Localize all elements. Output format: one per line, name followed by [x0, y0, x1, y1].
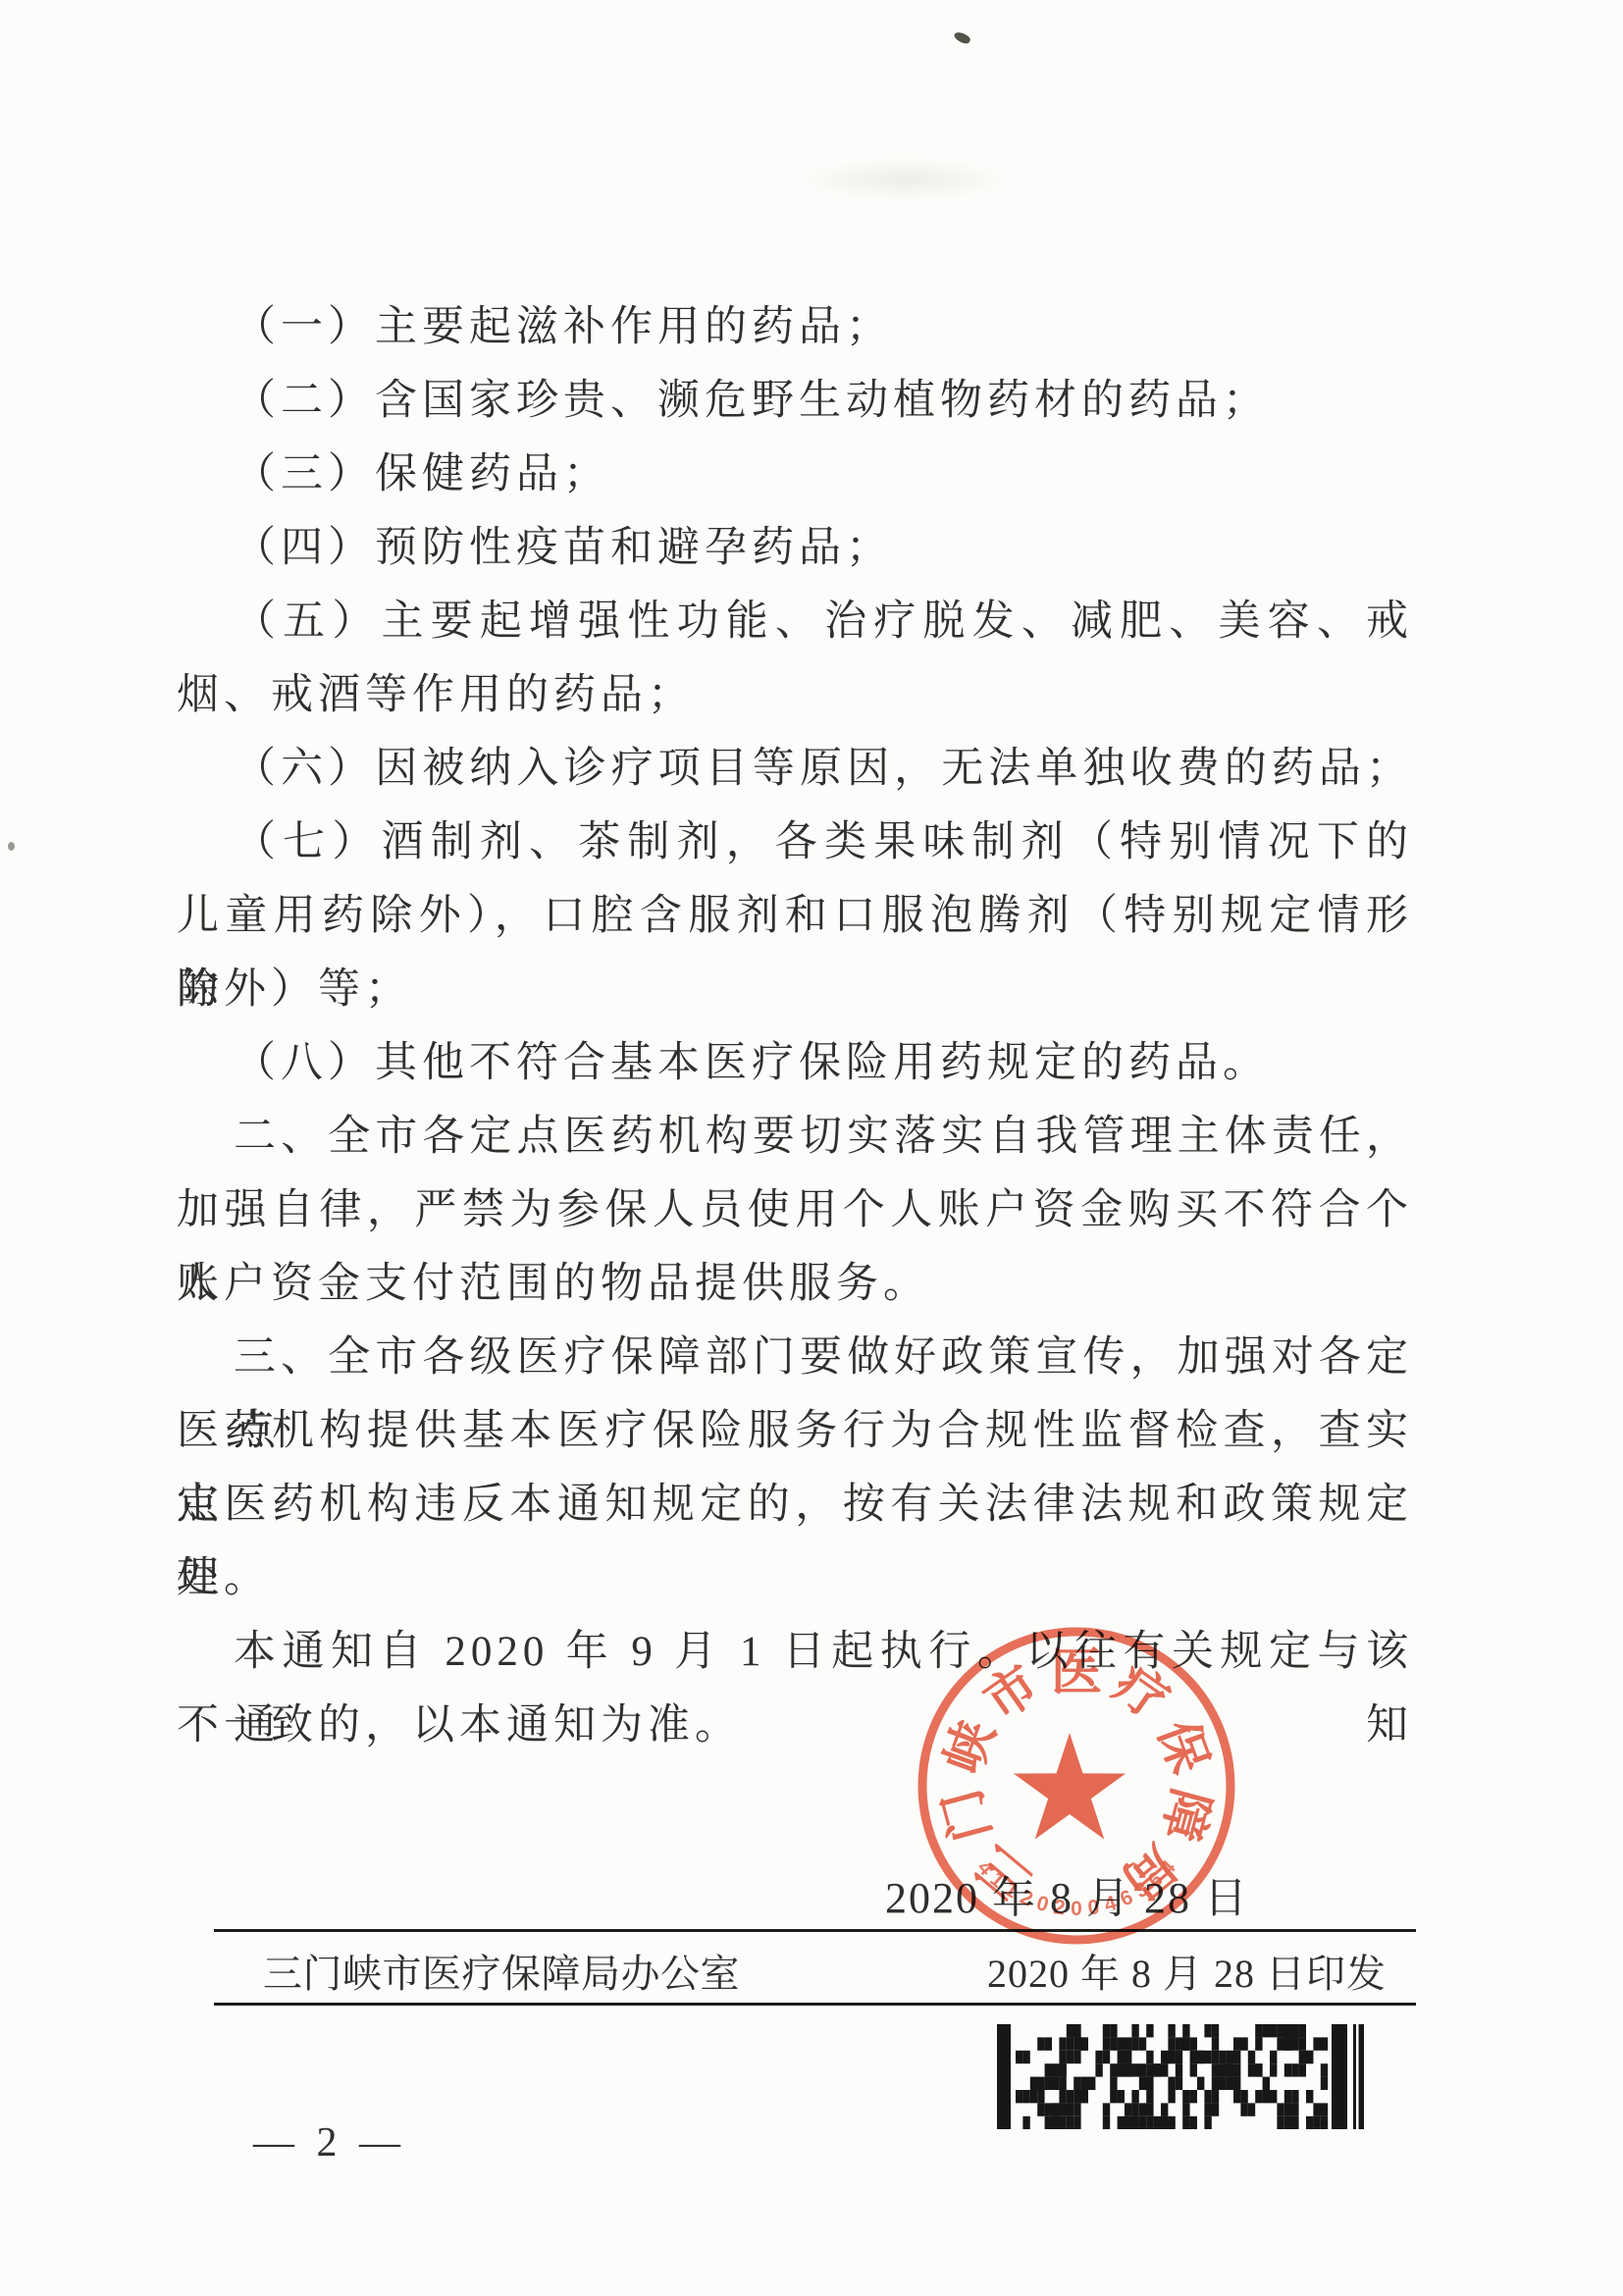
body-line: 加强自律，严禁为参保人员使用个人账户资金购买不符合个人 — [177, 1174, 1413, 1247]
body-line: （三）保健药品； — [177, 438, 1413, 511]
footer-office: 三门峡市医疗保障局办公室 — [263, 1943, 740, 1999]
body-text: （一）主要起滋补作用的药品；（二）含国家珍贵、濒危野生动植物药材的药品；（三）保… — [177, 290, 1413, 1762]
svg-text:峡: 峡 — [935, 1713, 1006, 1781]
body-line: （七）酒制剂、茶制剂，各类果味制剂（特别情况下的 — [177, 806, 1413, 879]
body-line: （六）因被纳入诊疗项目等原因，无法单独收费的药品； — [177, 732, 1413, 806]
body-line: （四）预防性疫苗和避孕药品； — [177, 511, 1413, 585]
body-line: （一）主要起滋补作用的药品； — [177, 290, 1413, 364]
scan-artifact-smudge — [800, 159, 1011, 200]
body-line: 三、全市各级医疗保障部门要做好政策宣传，加强对各定点 — [177, 1321, 1413, 1394]
document-page: （一）主要起滋补作用的药品；（二）含国家珍贵、濒危野生动植物药材的药品；（三）保… — [0, 0, 1623, 2296]
seal-star — [1014, 1733, 1126, 1840]
svg-text:0: 0 — [1086, 1896, 1101, 1919]
scan-artifact-mark — [953, 30, 971, 46]
body-line: （二）含国家珍贵、濒危野生动植物药材的药品； — [177, 364, 1413, 438]
barcode — [997, 2024, 1364, 2129]
body-line: （五）主要起增强性功能、治疗脱发、减肥、美容、戒 — [177, 585, 1413, 658]
svg-text:医: 医 — [1051, 1645, 1102, 1701]
body-line: 烟、戒酒等作用的药品； — [177, 658, 1413, 732]
svg-text:0: 0 — [1034, 1892, 1052, 1916]
footer-rule-bottom — [214, 2003, 1416, 2006]
body-line: 儿童用药除外），口腔含服剂和口服泡腾剂（特别规定情形的 — [177, 879, 1413, 953]
svg-text:障: 障 — [1151, 1783, 1219, 1847]
official-seal: 三门峡市医疗保障局 4112020046364 — [890, 1599, 1263, 1972]
scan-artifact-dot — [8, 842, 15, 851]
body-line: 医药机构提供基本医疗保险服务行为合规性监督检查，查实定 — [177, 1394, 1413, 1468]
svg-text:4: 4 — [1102, 1892, 1120, 1916]
body-line: 除外）等； — [177, 953, 1413, 1026]
body-line: 二、全市各定点医药机构要切实落实自我管理主体责任， — [177, 1100, 1413, 1174]
body-line: 账户资金支付范围的物品提供服务。 — [177, 1247, 1413, 1321]
body-line: 点医药机构违反本通知规定的，按有关法律法规和政策规定处 — [177, 1468, 1413, 1541]
svg-text:门: 门 — [933, 1783, 1001, 1847]
svg-text:2: 2 — [1052, 1896, 1067, 1919]
page-number: — 2 — — [253, 2119, 406, 2166]
svg-text:保: 保 — [1147, 1713, 1218, 1781]
body-line: （八）其他不符合基本医疗保险用药规定的药品。 — [177, 1026, 1413, 1100]
svg-text:0: 0 — [1071, 1898, 1082, 1920]
